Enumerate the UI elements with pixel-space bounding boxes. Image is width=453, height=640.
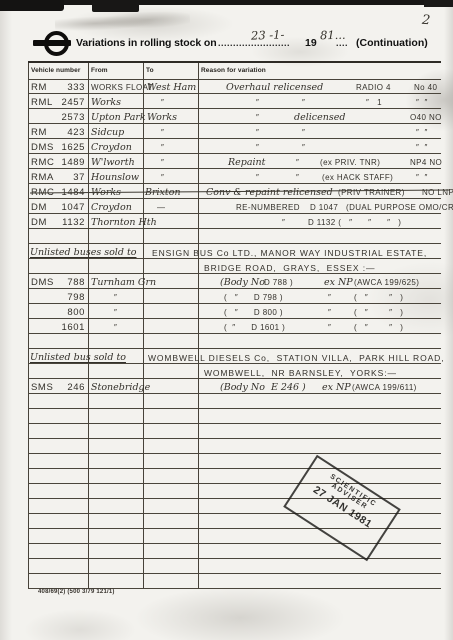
table-row: 798″( ″ D 798 )″( ″ ″ ) [28,289,441,304]
cell-to: Works [147,113,177,123]
reason-segment: ″ [296,159,299,167]
table-row-empty [28,424,441,439]
reason-segment: ″ ″ [416,174,428,182]
table-row-empty [28,454,441,469]
reason-segment: ″ [256,174,259,182]
reason-segment: ″ ″ [416,99,428,107]
reason-segment: (AWCA 199/611) [352,384,417,392]
table-row-empty [28,469,441,484]
cell-from: Croydon [91,143,132,153]
dotted-line: .... [336,38,348,48]
column-header-to: To [146,67,154,74]
reason-segment: ″ [296,174,299,182]
reason-segment: ( ″ ″ ) [354,309,403,317]
reason-segment: ex NP [324,278,353,288]
table-row: DM1047Croydon—RE-NUMBEREDD 1047(DUAL PUR… [28,199,441,214]
cell-to: West Ham [147,83,196,93]
reason-segment: ″ [302,129,305,137]
cell-to: ″ [161,99,164,107]
cell-vehicle-number: 37 [28,173,85,183]
reason-segment: RADIO 4 [356,84,391,92]
reason-segment: delicensed [294,113,345,123]
cell-from: Thornton Hth [91,218,157,228]
cell-vehicle-number: 1625 [28,143,85,153]
reason-segment: ″ [328,324,331,332]
reason-segment: ( ″ D 1601 ) [224,324,285,332]
form-title: Variations in rolling stock on [76,37,217,49]
reason-segment: ″ [302,144,305,152]
reason-segment: D 788 ) [264,279,293,287]
cell-from: Sidcup [91,128,124,138]
section-text: BRIDGE ROAD, GRAYS, ESSEX :— [204,264,375,273]
reason-segment: NP4 NO [410,159,442,167]
cell-to: — [157,204,165,212]
cell-vehicle-number: 798 [28,293,85,303]
table-row: 800″( ″ D 800 )″( ″ ″ ) [28,304,441,319]
reason-segment: (ex HACK STAFF) [322,174,393,182]
table-row-empty [28,229,441,244]
column-header-from: From [91,67,108,74]
table-row: RM333WORKS FLOATWest HamOverhaul relicen… [28,79,441,94]
reason-segment: ( ″ ″ ) [354,294,403,302]
reason-segment: O40 NO [410,114,442,122]
scan-edge-tab [92,0,139,12]
cell-from: Croydon [91,203,132,213]
table-row: SMS246Stonebridge(Body No E 246 )ex NP(A… [28,379,441,394]
section-text: Unlisted bus sold to [30,353,126,363]
reason-segment: ex NP [322,383,351,393]
scan-edge-corner [424,0,453,7]
cell-vehicle-number: 1132 [28,218,85,228]
cell-to: ″ [161,159,164,167]
reason-segment: ( ″ ″ ) [354,324,403,332]
reason-segment: D 1047 [310,204,338,212]
section-text: Unlisted buses sold to [30,248,136,258]
cell-from: ″ [114,294,117,302]
reason-segment: Repaint [228,158,266,168]
table-row: 2573Upton ParkWorks″delicensedO40 NO [28,109,441,124]
scan-edge-bar [0,0,453,5]
reason-segment: ″ ″ [416,129,428,137]
reason-segment: ″ [302,99,305,107]
cell-vehicle-number: 423 [28,128,85,138]
table-row: RML2457Works″″″″ 1″ ″ [28,94,441,109]
table-row-empty [28,439,441,454]
table-row-empty [28,409,441,424]
section-text: ENSIGN BUS Co LTD., MANOR WAY INDUSTRIAL… [152,249,427,258]
reason-segment: ″ [256,99,259,107]
reason-segment: Overhaul relicensed [226,83,323,93]
reason-segment: ″ [256,129,259,137]
reason-segment: (AWCA 199/625) [354,279,419,287]
reason-segment: ″ [328,294,331,302]
table-row: WOMBWELL, NR BARNSLEY, YORKS:— [28,364,441,379]
table-header-row: Vehicle number From To Reason for variat… [28,63,441,80]
form-reference-number: 408/69(2) (500 3/79 121/1) [38,589,115,595]
cell-from: Stonebridge [91,383,150,393]
reason-segment: (ex PRIV. TNR) [320,159,380,167]
section-text: WOMBWELL, NR BARNSLEY, YORKS:— [204,369,397,378]
scan-edge-block [0,0,64,11]
cell-from: Works [91,98,121,108]
cell-from: Turnham Grn [91,278,156,288]
reason-segment: ( ″ D 800 ) [224,309,283,317]
table-row-empty [28,394,441,409]
table-row-empty [28,574,441,589]
cell-vehicle-number: 1489 [28,158,85,168]
table-row: BRIDGE ROAD, GRAYS, ESSEX :— [28,259,441,274]
reason-segment: ″ [328,309,331,317]
section-text: WOMBWELL DIESELS Co, STATION VILLA, PARK… [148,354,444,363]
cell-to: ″ [161,129,164,137]
roundel-bar-icon [33,40,71,46]
cell-to: ″ [161,144,164,152]
table-row: RMC1489W'lworth″Repaint″(ex PRIV. TNR)NP… [28,154,441,169]
table-row: RMA37Hounslow″″″(ex HACK STAFF)″ ″ [28,169,441,184]
reason-segment: ( ″ D 798 ) [224,294,283,302]
table-row-empty [28,544,441,559]
table-row: DMS788Turnham Grn(Body NoD 788 )ex NP(AW… [28,274,441,289]
table-row: Unlisted bus sold toWOMBWELL DIESELS Co,… [28,349,441,364]
table-row: Unlisted buses sold toENSIGN BUS Co LTD.… [28,244,441,259]
cell-vehicle-number: 788 [28,278,85,288]
cell-vehicle-number: 800 [28,308,85,318]
reason-segment: (Body No [220,278,265,288]
table-row: DMS1625Croydon″″″″ ″ [28,139,441,154]
handwritten-date: 23 -1- [251,27,285,42]
reason-segment: RE-NUMBERED [236,204,300,212]
reason-segment: D 1132 ( ″ ″ ″ ) [308,219,401,227]
cell-from: W'lworth [91,158,135,168]
cell-vehicle-number: 1601 [28,323,85,333]
reason-segment: ″ ″ [416,144,428,152]
reason-segment: ″ [256,114,259,122]
printed-year-prefix: 19 [305,37,317,49]
scanned-form-page: 2 Variations in rolling stock on .......… [0,0,453,640]
pencil-smudge [55,11,191,35]
cell-to: ″ [161,174,164,182]
table-row: DM1132Thornton Hth″D 1132 ( ″ ″ ″ ) [28,214,441,229]
table-row-empty [28,559,441,574]
reason-segment: ″ [282,219,285,227]
page-number: 2 [421,13,430,29]
cell-from: Hounslow [91,173,139,183]
cell-vehicle-number: 333 [28,83,85,93]
cell-vehicle-number: 2573 [28,113,85,123]
table-row: RM423Sidcup″″″″ ″ [28,124,441,139]
table-row-empty [28,334,441,349]
cell-from: ″ [114,309,117,317]
continuation-label: (Continuation) [356,37,428,49]
cell-from: Upton Park [91,113,146,123]
cell-vehicle-number: 1047 [28,203,85,213]
reason-segment: ″ [256,144,259,152]
column-header-reason: Reason for variation [201,67,266,74]
cell-vehicle-number: 2457 [28,98,85,108]
reason-segment: ″ 1 [366,99,382,107]
column-header-vehicle: Vehicle number [31,67,80,74]
table-row: 1601″( ″ D 1601 )″( ″ ″ ) [28,319,441,334]
cell-from: ″ [114,324,117,332]
reason-segment: (DUAL PURPOSE OMO/CREW) [346,204,453,212]
cell-from: WORKS FLOAT [91,84,153,92]
reason-segment: (Body No E 246 ) [220,383,306,393]
table-row: RMC1484WorksBrixtonConv & repaint relice… [28,184,441,199]
cell-vehicle-number: 246 [28,383,85,393]
reason-segment: No 40 [414,84,437,92]
